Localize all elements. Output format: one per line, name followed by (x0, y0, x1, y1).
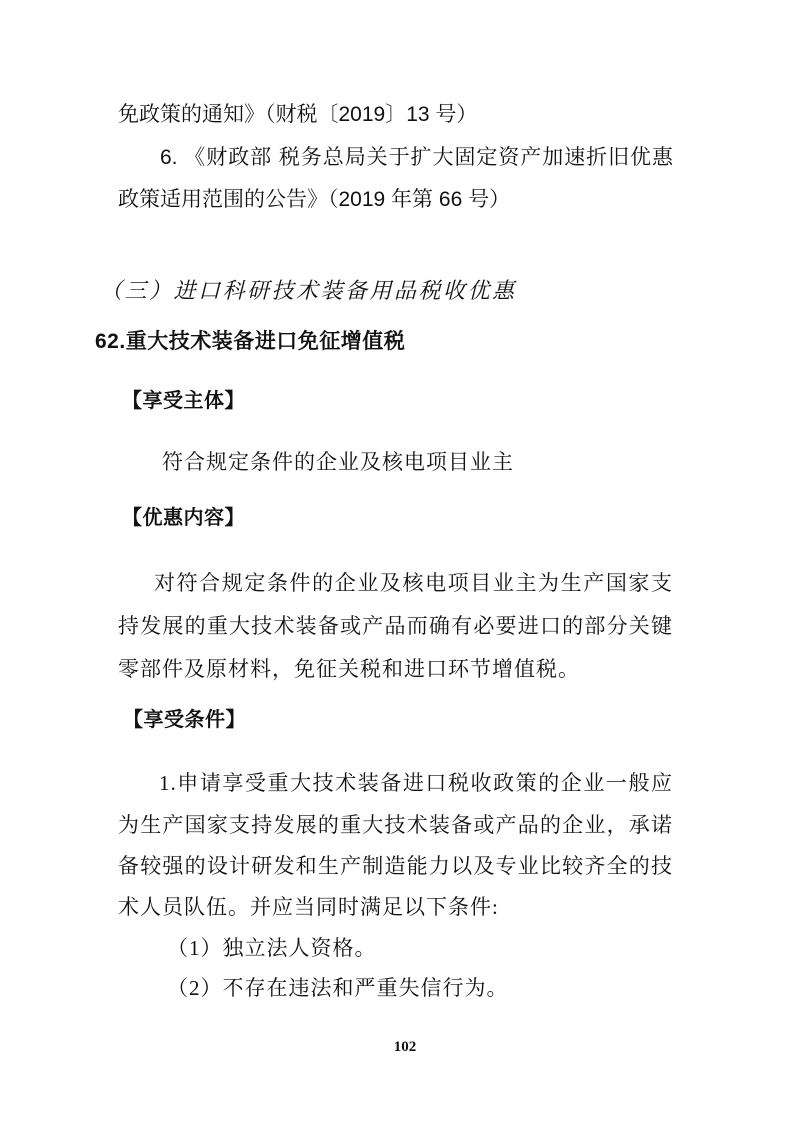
subject-heading: 【享受主体】 (122, 386, 245, 416)
section-heading: （三）进口科研技术装备用品税收优惠 (100, 275, 517, 307)
condition-paragraph-line-3: 备较强的设计研发和生产制造能力以及专业比较齐全的技 (118, 851, 673, 881)
condition-item-2: （2）不存在违法和严重失信行为。 (167, 973, 509, 1003)
policy-reference-item6-line1: 6. 《财政部 税务总局关于扩大固定资产加速折旧优惠 (160, 143, 673, 173)
condition-item-1: （1）独立法人资格。 (167, 933, 377, 963)
benefit-paragraph-line-2: 持发展的重大技术装备或产品而确有必要进口的部分关键 (118, 611, 673, 641)
page-number: 102 (95, 1037, 715, 1057)
clause-heading: 62.重大技术装备进口免征增值税 (95, 327, 405, 357)
benefit-paragraph-line-1: 对符合规定条件的企业及核电项目业主为生产国家支 (154, 568, 673, 598)
condition-paragraph-line-1: 1.申请享受重大技术装备进口税收政策的企业一般应 (159, 768, 673, 798)
policy-reference-tail-line: 免政策的通知》（财税〔2019〕13 号） (118, 100, 477, 130)
benefit-heading: 【优惠内容】 (122, 503, 245, 533)
benefit-paragraph-line-3: 零部件及原材料，免征关税和进口环节增值税。 (118, 654, 580, 684)
condition-paragraph-line-2: 为生产国家支持发展的重大技术装备或产品的企业，承诺具 (118, 810, 673, 840)
condition-paragraph-line-4: 术人员队伍。并应当同时满足以下条件: (118, 892, 499, 922)
subject-paragraph-line: 符合规定条件的企业及核电项目业主 (162, 447, 514, 477)
condition-heading: 【享受条件】 (123, 705, 246, 735)
policy-reference-item6-line2: 政策适用范围的公告》（2019 年第 66 号） (118, 185, 510, 215)
document-page: 免政策的通知》（财税〔2019〕13 号） 6. 《财政部 税务总局关于扩大固定… (0, 0, 793, 1122)
